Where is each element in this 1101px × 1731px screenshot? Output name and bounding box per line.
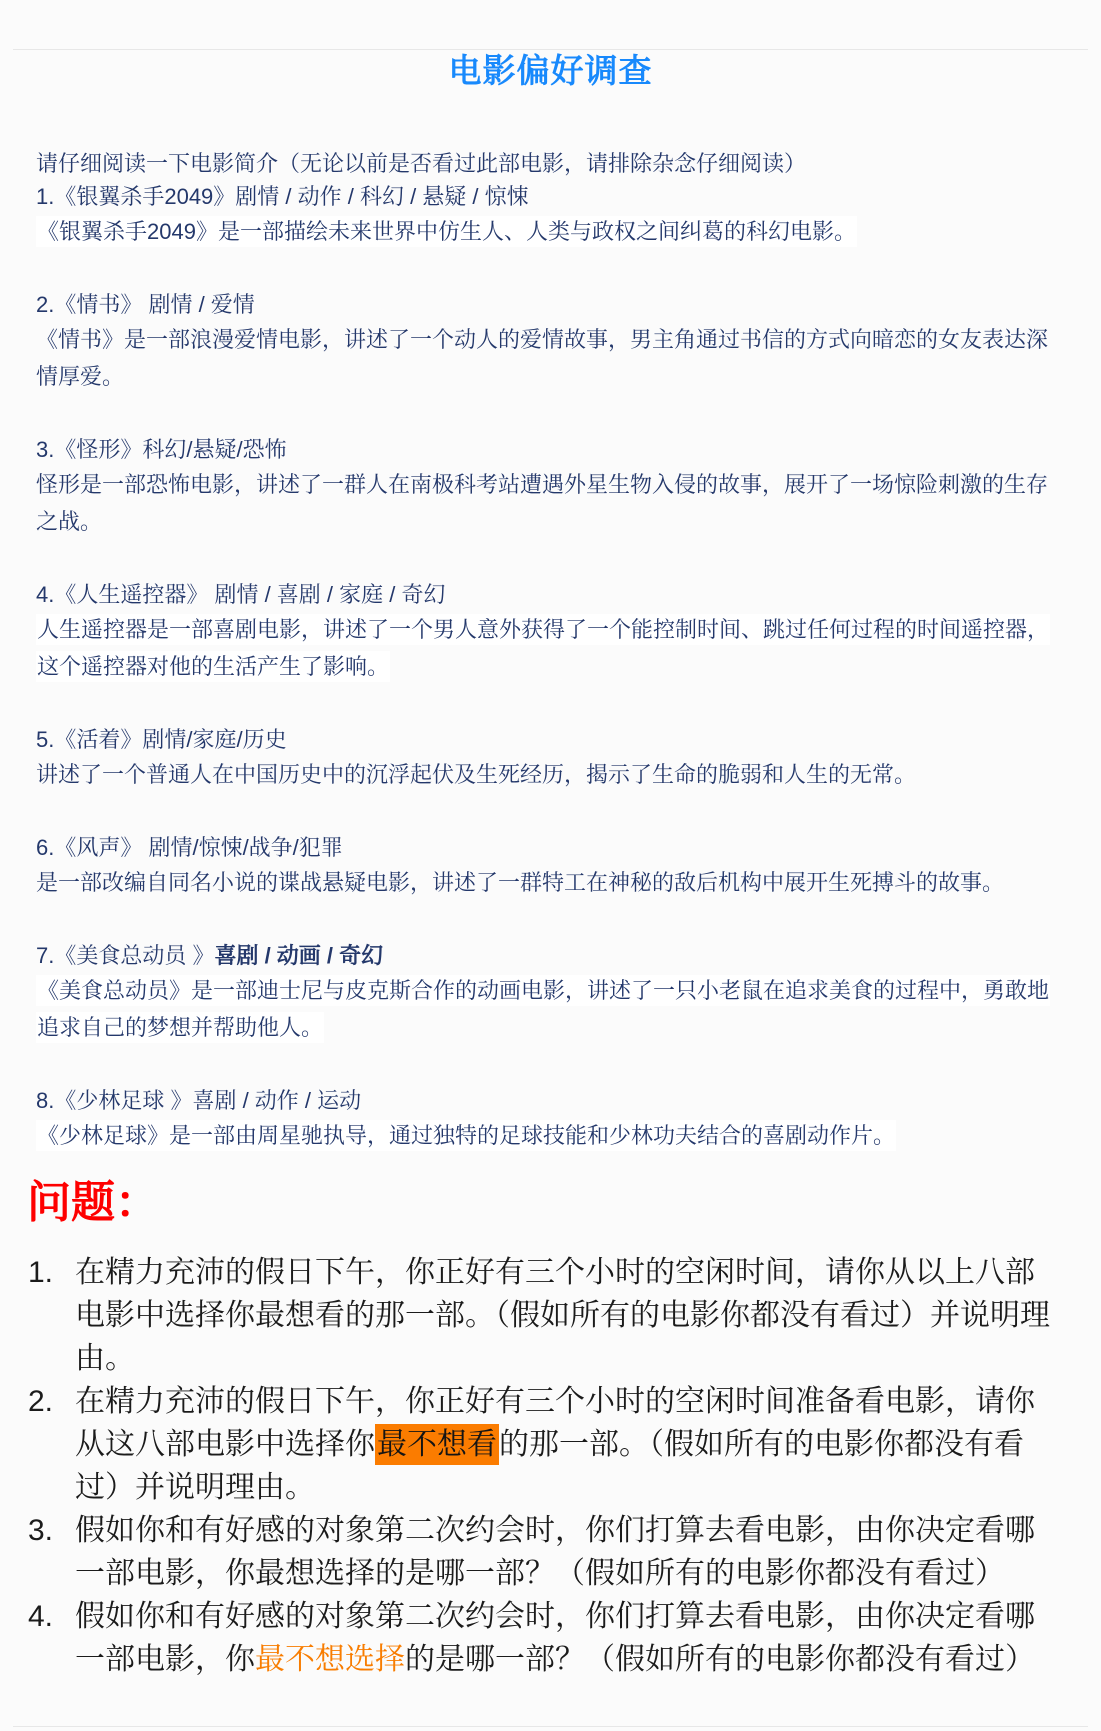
movie-description: 《美食总动员》是一部迪士尼与皮克斯合作的动画电影，讲述了一只小老鼠在追求美食的过… — [36, 972, 1056, 1046]
movie-title: 7.《美食总动员 》喜剧 / 动画 / 奇幻 — [36, 939, 1056, 972]
movie-item-2: 2.《情书》 剧情 / 爱情 《情书》是一部浪漫爱情电影，讲述了一个动人的爱情故… — [36, 288, 1056, 395]
question-text: 在精力充沛的假日下午，你正好有三个小时的空闲时间准备看电影，请你从这八部电影中选… — [75, 1380, 1055, 1509]
question-number: 1. — [28, 1251, 75, 1294]
movie-intro-section: 请仔细阅读一下电影简介（无论以前是否看过此部电影，请排除杂念仔细阅读） 1.《银… — [36, 147, 1056, 1154]
movie-description-text: 《少林足球》是一部由周星驰执导，通过独特的足球技能和少林功夫结合的喜剧动作片。 — [36, 1120, 896, 1151]
movie-description-text: 人生遥控器是一部喜剧电影，讲述了一个男人意外获得了一个能控制时间、跳过任何过程的… — [36, 614, 1050, 682]
movie-description: 《情书》是一部浪漫爱情电影，讲述了一个动人的爱情故事，男主角通过书信的方式向暗恋… — [36, 321, 1056, 395]
question-item-3: 3. 假如你和有好感的对象第二次约会时，你们打算去看电影，由你决定看哪一部电影，… — [28, 1509, 1055, 1595]
survey-document: 电影偏好调查 请仔细阅读一下电影简介（无论以前是否看过此部电影，请排除杂念仔细阅… — [0, 0, 1101, 1681]
highlighted-phrase: 最不想看 — [375, 1424, 499, 1465]
movie-item-8: 8.《少林足球 》喜剧 / 动作 / 运动 《少林足球》是一部由周星驰执导，通过… — [36, 1084, 1056, 1154]
movie-title: 5.《活着》剧情/家庭/历史 — [36, 723, 1056, 756]
movie-title-genres-bold: 喜剧 / 动画 / 奇幻 — [214, 943, 383, 968]
movie-title: 6.《风声》 剧情/惊悚/战争/犯罪 — [36, 831, 1056, 864]
bottom-divider — [13, 1726, 1088, 1727]
question-item-1: 1. 在精力充沛的假日下午，你正好有三个小时的空闲时间，请你从以上八部电影中选择… — [28, 1251, 1055, 1380]
movie-item-3: 3.《怪形》科幻/悬疑/恐怖 怪形是一部恐怖电影，讲述了一群人在南极科考站遭遇外… — [36, 433, 1056, 540]
movie-title: 2.《情书》 剧情 / 爱情 — [36, 288, 1056, 321]
movie-description: 讲述了一个普通人在中国历史中的沉浮起伏及生死经历，揭示了生命的脆弱和人生的无常。 — [36, 756, 1056, 793]
movie-description: 人生遥控器是一部喜剧电影，讲述了一个男人意外获得了一个能控制时间、跳过任何过程的… — [36, 611, 1056, 685]
movie-item-5: 5.《活着》剧情/家庭/历史 讲述了一个普通人在中国历史中的沉浮起伏及生死经历，… — [36, 723, 1056, 793]
movie-item-4: 4.《人生遥控器》 剧情 / 喜剧 / 家庭 / 奇幻 人生遥控器是一部喜剧电影… — [36, 578, 1056, 685]
movie-item-7: 7.《美食总动员 》喜剧 / 动画 / 奇幻 《美食总动员》是一部迪士尼与皮克斯… — [36, 939, 1056, 1046]
questions-heading: 问题： — [27, 1175, 1101, 1231]
question-item-2: 2. 在精力充沛的假日下午，你正好有三个小时的空闲时间准备看电影，请你从这八部电… — [28, 1380, 1055, 1509]
question-text: 假如你和有好感的对象第二次约会时，你们打算去看电影，由你决定看哪一部电影，你最想… — [75, 1509, 1055, 1595]
top-divider — [13, 49, 1088, 50]
question-item-4: 4. 假如你和有好感的对象第二次约会时，你们打算去看电影，由你决定看哪一部电影，… — [28, 1595, 1055, 1681]
movie-description-text: 《美食总动员》是一部迪士尼与皮克斯合作的动画电影，讲述了一只小老鼠在追求美食的过… — [36, 975, 1050, 1043]
movie-title-prefix: 7.《美食总动员 》 — [36, 943, 214, 968]
movie-title: 8.《少林足球 》喜剧 / 动作 / 运动 — [36, 1084, 1056, 1117]
movie-title: 3.《怪形》科幻/悬疑/恐怖 — [36, 433, 1056, 466]
movie-description: 《银翼杀手2049》是一部描绘未来世界中仿生人、人类与政权之间纠葛的科幻电影。 — [36, 213, 1056, 250]
movie-item-1: 1.《银翼杀手2049》剧情 / 动作 / 科幻 / 悬疑 / 惊悚 《银翼杀手… — [36, 180, 1056, 250]
movie-description: 是一部改编自同名小说的谍战悬疑电影，讲述了一群特工在神秘的敌后机构中展开生死搏斗… — [36, 864, 1056, 901]
intro-text: 请仔细阅读一下电影简介（无论以前是否看过此部电影，请排除杂念仔细阅读） — [36, 147, 1056, 180]
question-number: 4. — [28, 1595, 75, 1638]
question-text: 假如你和有好感的对象第二次约会时，你们打算去看电影，由你决定看哪一部电影，你最不… — [75, 1595, 1055, 1681]
movie-title: 4.《人生遥控器》 剧情 / 喜剧 / 家庭 / 奇幻 — [36, 578, 1056, 611]
question-text: 在精力充沛的假日下午，你正好有三个小时的空闲时间，请你从以上八部电影中选择你最想… — [75, 1251, 1055, 1380]
orange-phrase: 最不想选择 — [255, 1643, 405, 1676]
page-title: 电影偏好调查 — [0, 0, 1101, 89]
movie-description: 怪形是一部恐怖电影，讲述了一群人在南极科考站遭遇外星生物入侵的故事，展开了一场惊… — [36, 466, 1056, 540]
questions-list: 1. 在精力充沛的假日下午，你正好有三个小时的空闲时间，请你从以上八部电影中选择… — [28, 1251, 1055, 1681]
movie-description-text: 《银翼杀手2049》是一部描绘未来世界中仿生人、人类与政权之间纠葛的科幻电影。 — [36, 216, 857, 247]
movie-title: 1.《银翼杀手2049》剧情 / 动作 / 科幻 / 悬疑 / 惊悚 — [36, 180, 1056, 213]
question-number: 2. — [28, 1380, 75, 1423]
movie-item-6: 6.《风声》 剧情/惊悚/战争/犯罪 是一部改编自同名小说的谍战悬疑电影，讲述了… — [36, 831, 1056, 901]
question-text-post: 的是哪一部？（假如所有的电影你都没有看过） — [405, 1643, 1035, 1676]
question-number: 3. — [28, 1509, 75, 1552]
movie-description: 《少林足球》是一部由周星驰执导，通过独特的足球技能和少林功夫结合的喜剧动作片。 — [36, 1117, 1056, 1154]
